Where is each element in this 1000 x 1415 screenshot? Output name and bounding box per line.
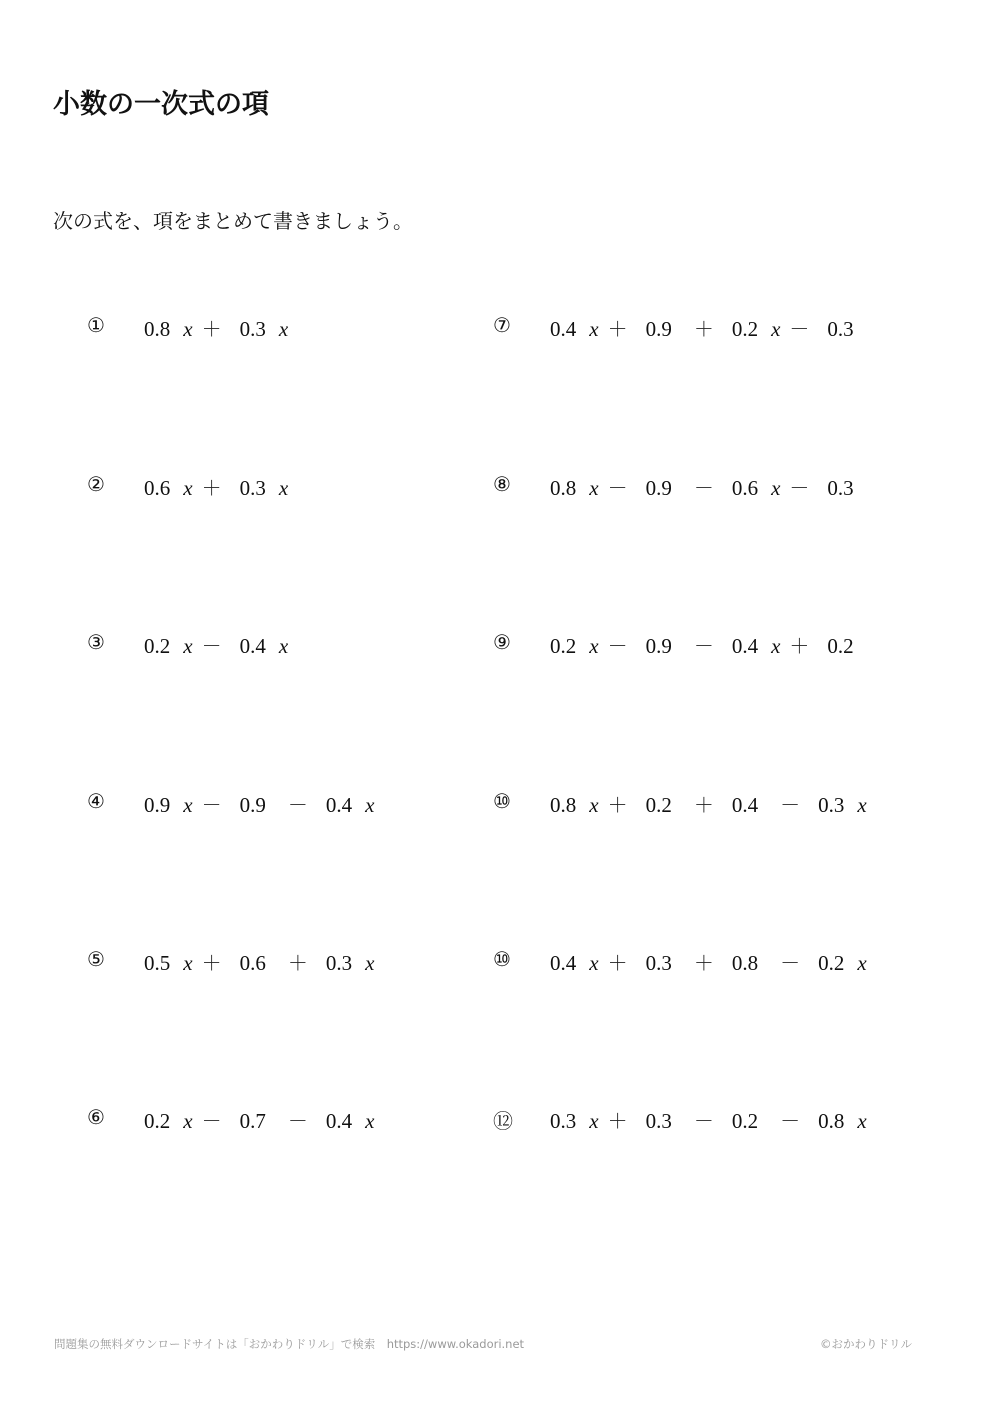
problem-number: ⑨ xyxy=(493,630,511,654)
problem-number: ⑦ xyxy=(493,313,511,337)
problem-number: ⑩ xyxy=(493,947,511,971)
problem-number: ⑥ xyxy=(87,1105,105,1129)
operator: ＋ xyxy=(608,789,628,818)
variable: x xyxy=(589,476,598,501)
operator: － xyxy=(288,789,308,818)
number: 0.2 xyxy=(144,1109,170,1134)
number: 0.6 xyxy=(732,476,758,501)
number: 0.8 xyxy=(144,317,170,342)
variable: x xyxy=(589,317,598,342)
variable: x xyxy=(589,793,598,818)
number: 0.9 xyxy=(240,793,266,818)
operator: － xyxy=(202,630,222,659)
problem-number: ④ xyxy=(87,789,105,813)
operator: ＋ xyxy=(694,789,714,818)
number: 0.3 xyxy=(646,951,672,976)
number: 0.8 xyxy=(818,1109,844,1134)
footer-copyright: ©おかわりドリル xyxy=(820,1336,912,1352)
operator: － xyxy=(202,1105,222,1134)
number: 0.9 xyxy=(646,317,672,342)
variable: x xyxy=(771,476,780,501)
number: 0.4 xyxy=(732,634,758,659)
variable: x xyxy=(183,793,192,818)
problem-number: ① xyxy=(87,313,105,337)
number: 0.4 xyxy=(550,951,576,976)
problem-number: ⑩ xyxy=(493,789,511,813)
variable: x xyxy=(771,634,780,659)
variable: x xyxy=(589,634,598,659)
number: 0.4 xyxy=(326,793,352,818)
operator: － xyxy=(789,472,809,501)
number: 0.3 xyxy=(240,476,266,501)
number: 0.2 xyxy=(646,793,672,818)
expression: 0.8x－0.9－0.6x－0.3 xyxy=(550,472,876,501)
expression: 0.9x－0.9－0.4x xyxy=(144,789,383,818)
variable: x xyxy=(857,1109,866,1134)
problem-number: ⑫ xyxy=(493,1105,513,1134)
number: 0.2 xyxy=(818,951,844,976)
number: 0.6 xyxy=(240,951,266,976)
expression: 0.8x＋0.2＋0.4－0.3x xyxy=(550,789,876,818)
operator: － xyxy=(202,789,222,818)
number: 0.9 xyxy=(144,793,170,818)
page-title: 小数の一次式の項 xyxy=(53,82,269,121)
operator: － xyxy=(608,472,628,501)
variable: x xyxy=(857,793,866,818)
number: 0.4 xyxy=(732,793,758,818)
operator: － xyxy=(694,630,714,659)
expression: 0.2x－0.7－0.4x xyxy=(144,1105,383,1134)
expression: 0.6x＋0.3x xyxy=(144,472,297,501)
number: 0.8 xyxy=(732,951,758,976)
operator: ＋ xyxy=(694,313,714,342)
number: 0.2 xyxy=(732,1109,758,1134)
number: 0.5 xyxy=(144,951,170,976)
variable: x xyxy=(365,951,374,976)
number: 0.3 xyxy=(646,1109,672,1134)
expression: 0.8x＋0.3x xyxy=(144,313,297,342)
operator: － xyxy=(608,630,628,659)
number: 0.9 xyxy=(646,476,672,501)
variable: x xyxy=(589,1109,598,1134)
operator: ＋ xyxy=(608,313,628,342)
variable: x xyxy=(183,1109,192,1134)
variable: x xyxy=(589,951,598,976)
number: 0.3 xyxy=(326,951,352,976)
operator: ＋ xyxy=(694,947,714,976)
operator: － xyxy=(780,789,800,818)
variable: x xyxy=(183,634,192,659)
expression: 0.4x＋0.3＋0.8－0.2x xyxy=(550,947,876,976)
operator: ＋ xyxy=(789,630,809,659)
operator: ＋ xyxy=(202,947,222,976)
variable: x xyxy=(183,317,192,342)
instruction-text: 次の式を、項をまとめて書きましょう。 xyxy=(53,205,413,234)
operator: － xyxy=(789,313,809,342)
operator: ＋ xyxy=(608,1105,628,1134)
expression: 0.2x－0.9－0.4x＋0.2 xyxy=(550,630,876,659)
number: 0.8 xyxy=(550,793,576,818)
number: 0.3 xyxy=(550,1109,576,1134)
variable: x xyxy=(857,951,866,976)
number: 0.7 xyxy=(240,1109,266,1134)
variable: x xyxy=(279,317,288,342)
problem-number: ② xyxy=(87,472,105,496)
variable: x xyxy=(365,793,374,818)
footer-site-note: 問題集の無料ダウンロードサイトは「おかわりドリル」で検索 https://www… xyxy=(54,1336,524,1352)
number: 0.3 xyxy=(240,317,266,342)
problem-number: ⑤ xyxy=(87,947,105,971)
operator: － xyxy=(780,947,800,976)
number: 0.3 xyxy=(827,476,853,501)
operator: － xyxy=(288,1105,308,1134)
variable: x xyxy=(771,317,780,342)
number: 0.4 xyxy=(550,317,576,342)
number: 0.6 xyxy=(144,476,170,501)
expression: 0.5x＋0.6＋0.3x xyxy=(144,947,383,976)
operator: － xyxy=(780,1105,800,1134)
number: 0.2 xyxy=(144,634,170,659)
expression: 0.4x＋0.9＋0.2x－0.3 xyxy=(550,313,876,342)
variable: x xyxy=(183,951,192,976)
operator: ＋ xyxy=(202,472,222,501)
number: 0.2 xyxy=(732,317,758,342)
expression: 0.3x＋0.3－0.2－0.8x xyxy=(550,1105,876,1134)
number: 0.3 xyxy=(827,317,853,342)
number: 0.8 xyxy=(550,476,576,501)
problem-number: ③ xyxy=(87,630,105,654)
number: 0.4 xyxy=(326,1109,352,1134)
expression: 0.2x－0.4x xyxy=(144,630,297,659)
operator: ＋ xyxy=(288,947,308,976)
number: 0.9 xyxy=(646,634,672,659)
variable: x xyxy=(279,634,288,659)
number: 0.3 xyxy=(818,793,844,818)
variable: x xyxy=(365,1109,374,1134)
operator: － xyxy=(694,1105,714,1134)
number: 0.2 xyxy=(827,634,853,659)
operator: － xyxy=(694,472,714,501)
variable: x xyxy=(183,476,192,501)
number: 0.4 xyxy=(240,634,266,659)
variable: x xyxy=(279,476,288,501)
operator: ＋ xyxy=(202,313,222,342)
problem-number: ⑧ xyxy=(493,472,511,496)
number: 0.2 xyxy=(550,634,576,659)
operator: ＋ xyxy=(608,947,628,976)
